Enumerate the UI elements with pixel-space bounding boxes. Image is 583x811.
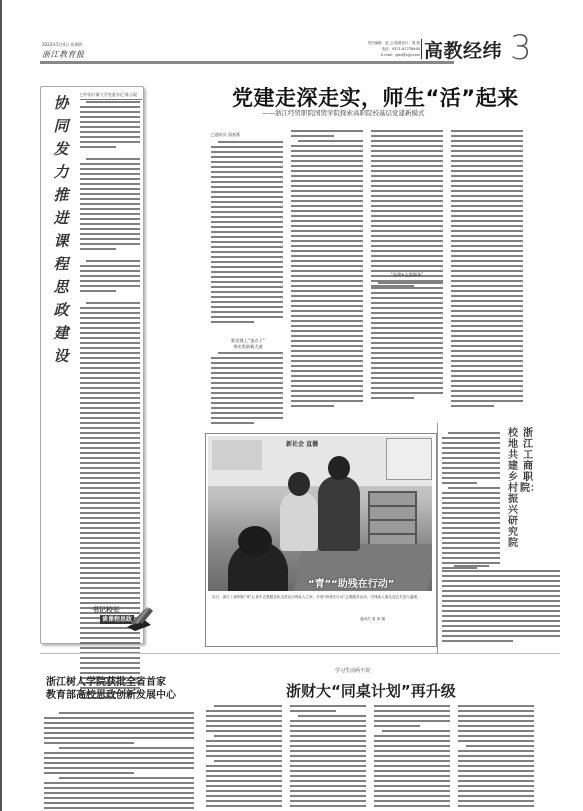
title-char: 课 [50, 230, 72, 253]
photo-overlay-text: “青”“助残在行动” [308, 575, 394, 590]
bottom-right-col-1 [206, 705, 282, 810]
title-char: 协 [50, 92, 72, 115]
title-char: 进 [50, 207, 72, 230]
photo-person-head [238, 526, 272, 556]
photo-person-head [288, 472, 310, 496]
main-article-col-3b [371, 282, 443, 402]
bottom-right-article-title: 浙财大“同桌计划”再升级 [286, 680, 456, 701]
main-article-subhead-2: “党建+志愿服务” [371, 272, 443, 278]
main-article-col-1b [211, 352, 283, 427]
volunteer-photo: 新社会 直播 “青”“助残在行动” [208, 436, 432, 591]
page-edge [0, 0, 2, 811]
main-article-subtitle: ——浙江经贸职院国贸学院探索高职院校基层党建新模式 [262, 108, 425, 117]
main-article-col-4 [451, 130, 523, 410]
masthead-rule [40, 61, 454, 64]
newspaper-logo: 浙江教育报 [42, 49, 85, 60]
column-label-line1: 书记校长 [92, 606, 120, 614]
title-line: 教育部高校思政创新发展中心 [46, 689, 176, 702]
title-char: 程 [50, 253, 72, 276]
title-char: 政 [50, 299, 72, 322]
left-feature-byline: □中国计量大学党委书记 陈玉琨 [80, 92, 142, 100]
photo-person-head [328, 456, 350, 480]
title-char: 思 [50, 276, 72, 299]
main-article-col-2 [291, 130, 363, 410]
photo-board [212, 440, 262, 470]
main-article-subhead: 抓党建上“金点子”带出发展新大道 [213, 338, 283, 350]
bottom-right-article-kicker: 学习生活两不误 [335, 667, 370, 674]
bottom-right-col-3 [374, 705, 450, 810]
newspaper-page: 2023年5月4日 星期四 浙江教育报 责任编辑：赵 云 版面设计：周 波 电话… [0, 0, 583, 811]
title-char: 同 [50, 115, 72, 138]
title-line: 浙江树人学院获批全省首家 [46, 676, 176, 689]
masthead-date: 2023年5月4日 星期四 [42, 42, 83, 48]
bottom-right-col-2 [290, 705, 366, 810]
title-char: 设 [50, 345, 72, 368]
title-char: 推 [50, 184, 72, 207]
page-number: 3 [510, 28, 532, 68]
email-line: E-mail：gjsd@zjjy.com [300, 52, 420, 58]
title-char: 发 [50, 138, 72, 161]
bottom-right-col-4 [458, 705, 534, 810]
section-name: 高教经纬 [424, 36, 502, 63]
section-divider [40, 653, 560, 654]
right-article-text [442, 432, 500, 572]
photo-shelf [368, 491, 417, 547]
title-char: 力 [50, 161, 72, 184]
photo-person [280, 491, 318, 551]
main-article-col-1 [211, 141, 283, 326]
masthead-separator [421, 39, 422, 59]
right-article-headline-1: 浙江工商职院： [520, 428, 536, 494]
main-article-byline: □通讯员 邵春燕 [211, 132, 240, 138]
masthead-meta: 责任编辑：赵 云 版面设计：周 波 电话：0571-87778460 E-mai… [300, 40, 420, 58]
left-feature-vertical-title: 协 同 发 力 推 进 课 程 思 政 建 设 [50, 92, 72, 368]
column-rule [437, 423, 438, 653]
photo-caption: 近日，浙江工商职院“青”心青年志愿服务队走进社区残疾人之家，开展“助残在行动”志… [212, 595, 428, 600]
photo-person [318, 476, 360, 551]
photo-window [386, 438, 432, 480]
right-article-headline-2: 校地共建乡村振兴研究院 [506, 428, 520, 549]
right-article-text-wide [442, 565, 560, 645]
book-stack-icon [125, 605, 155, 631]
title-char: 建 [50, 322, 72, 345]
bottom-left-article-title: 浙江树人学院获批全省首家 教育部高校思政创新发展中心 [46, 676, 176, 702]
photo-sign: 新社会 直播 [286, 439, 318, 448]
photo-credit: 通讯员 周 萍 摄 [360, 617, 385, 622]
bottom-left-article-text [44, 712, 194, 811]
